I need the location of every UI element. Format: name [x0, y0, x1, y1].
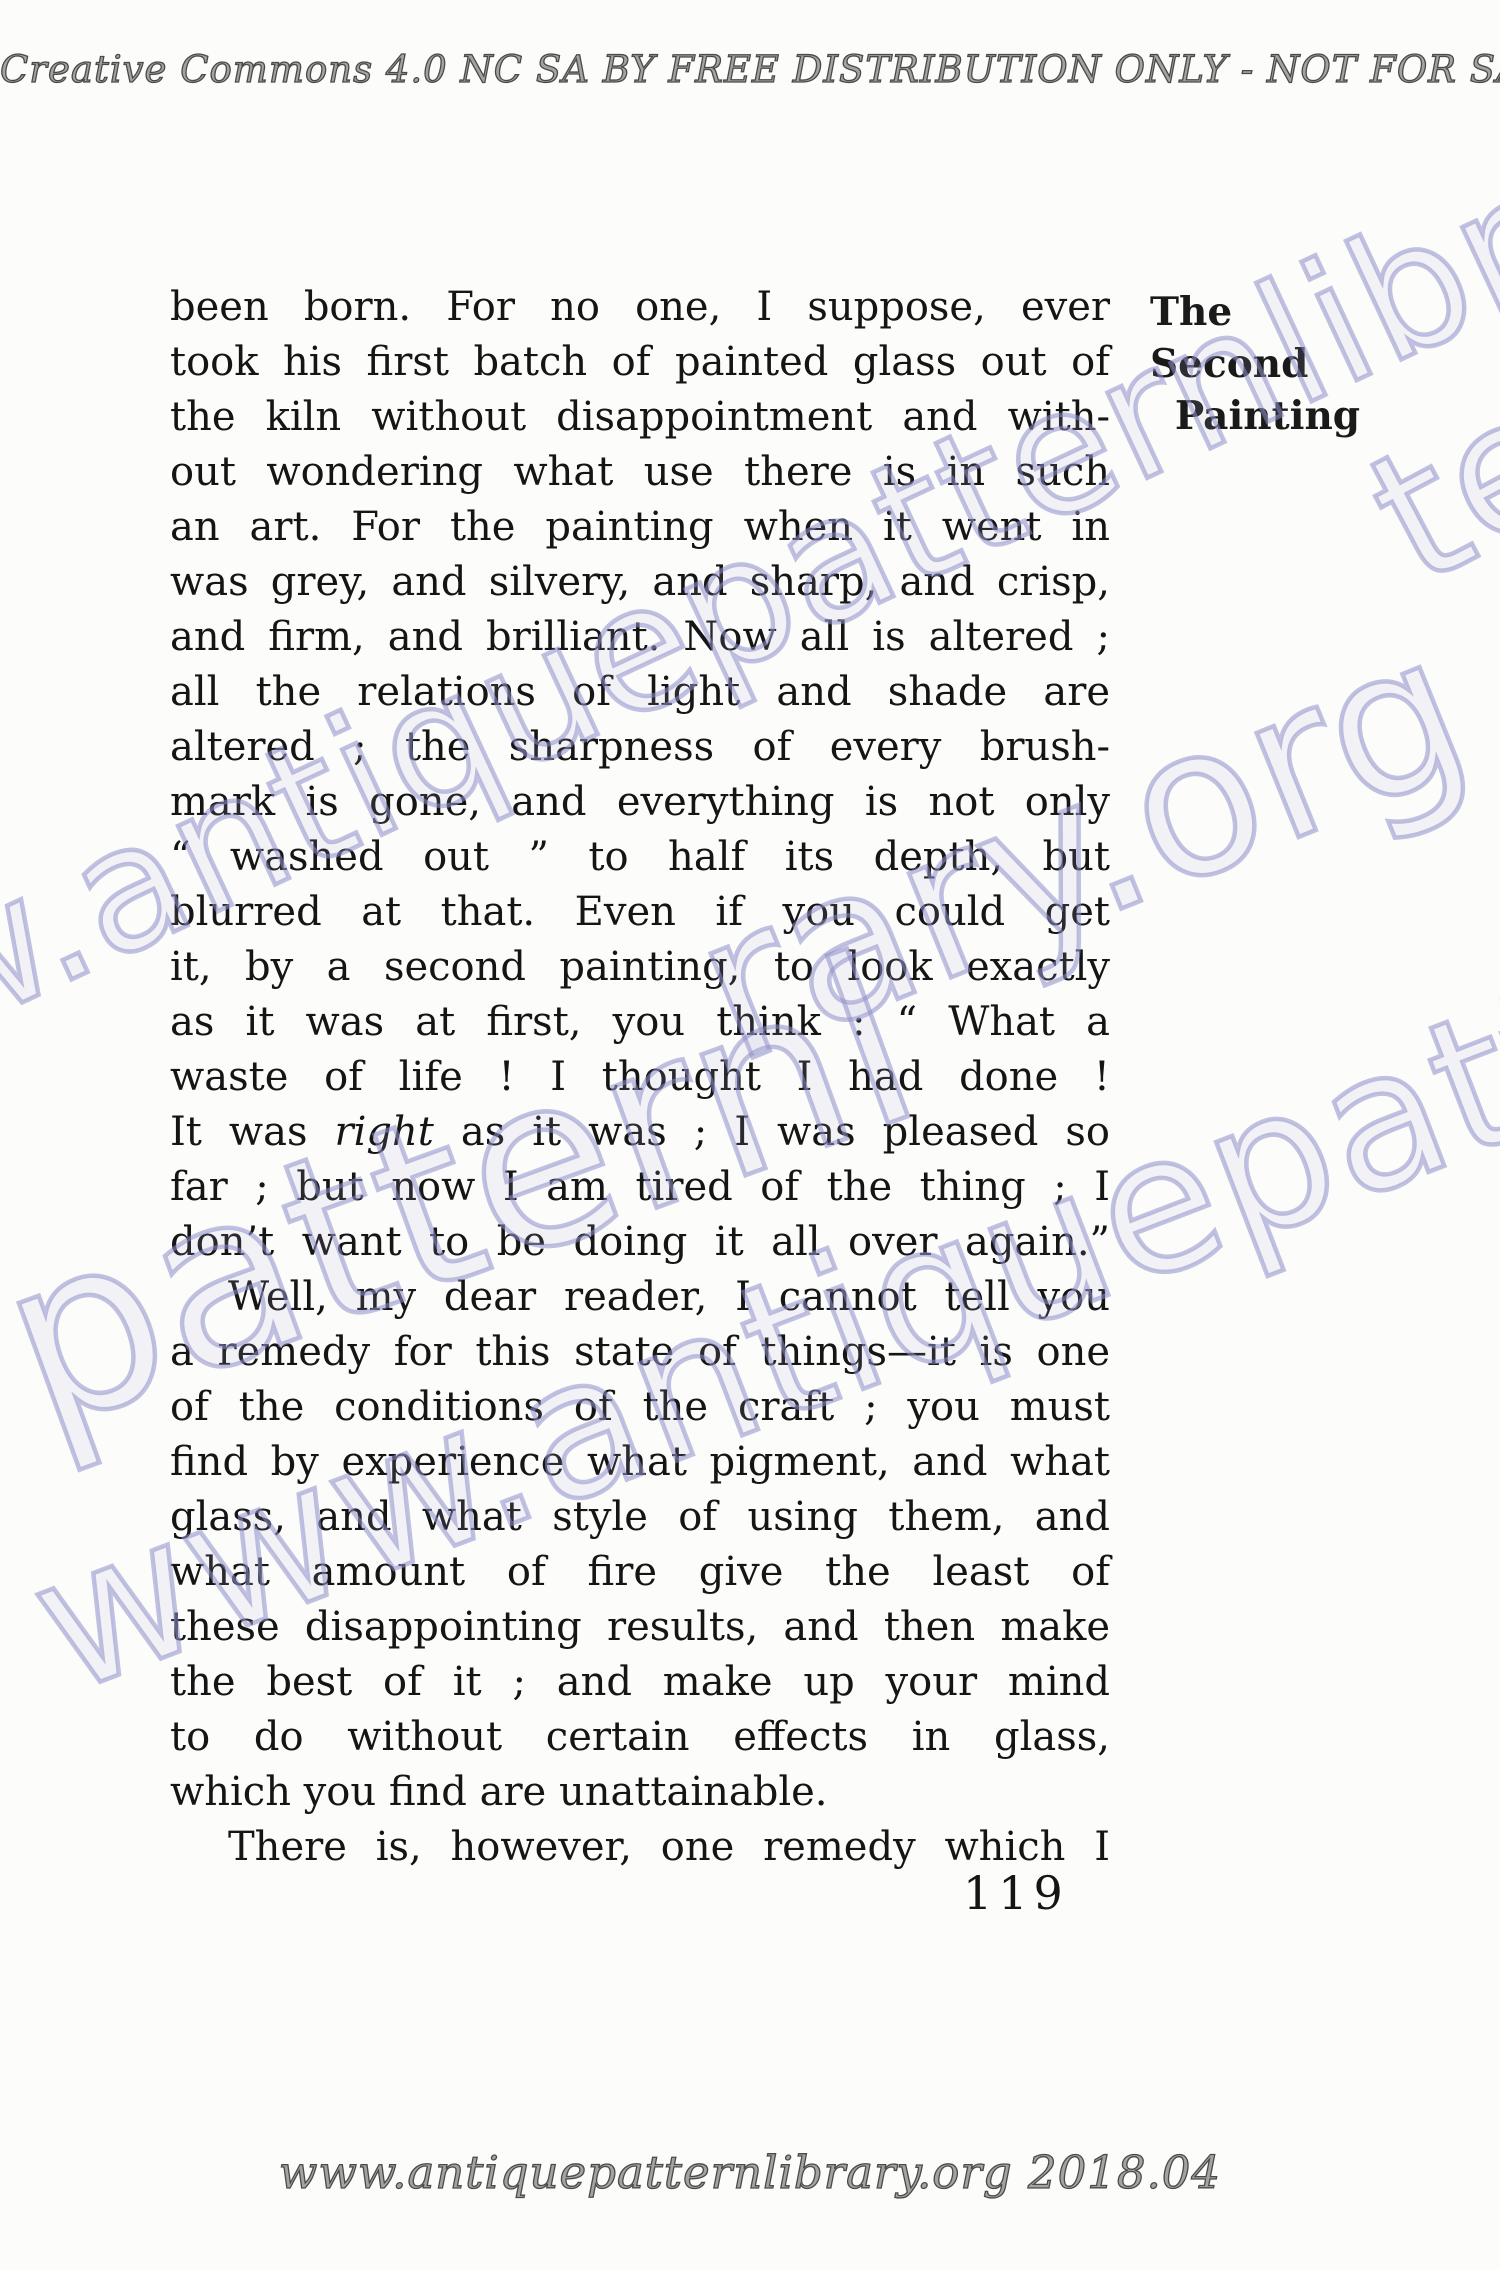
body-line: of the conditions of the craft ; you mus… — [170, 1380, 1110, 1435]
body-line: mark is gone, and everything is not only — [170, 775, 1110, 830]
body-line: altered ; the sharpness of every brush- — [170, 720, 1110, 775]
page-number: 119 — [963, 1866, 1069, 1920]
body-line: Well, my dear reader, I cannot tell you — [170, 1270, 1110, 1325]
body-line: it, by a second painting, to look exactl… — [170, 940, 1110, 995]
body-line: the best of it ; and make up your mind — [170, 1655, 1110, 1710]
body-line: was grey, and silvery, and sharp, and cr… — [170, 555, 1110, 610]
margin-note: The Second Painting — [1150, 286, 1385, 442]
body-text: been born. For no one, I suppose, everto… — [170, 280, 1110, 1875]
body-line: the kiln without disappointment and with… — [170, 390, 1110, 445]
body-line: glass, and what style of using them, and — [170, 1490, 1110, 1545]
body-line: took his first batch of painted glass ou… — [170, 335, 1110, 390]
book-page: Creative Commons 4.0 NC SA BY FREE DISTR… — [0, 0, 1500, 2270]
body-line: far ; but now I am tired of the thing ; … — [170, 1160, 1110, 1215]
body-line: to do without certain effects in glass, — [170, 1710, 1110, 1765]
body-line: and firm, and brilliant. Now all is alte… — [170, 610, 1110, 665]
body-line: out wondering what use there is in such — [170, 445, 1110, 500]
body-line: “ washed out ” to half its depth, but — [170, 830, 1110, 885]
body-line: a remedy for this state of things—it is … — [170, 1325, 1110, 1380]
body-line: blurred at that. Even if you could get — [170, 885, 1110, 940]
license-header: Creative Commons 4.0 NC SA BY FREE DISTR… — [0, 48, 1500, 91]
body-line: an art. For the painting when it went in — [170, 500, 1110, 555]
body-line: It was right as it was ; I was pleased s… — [170, 1105, 1110, 1160]
body-line: all the relations of light and shade are — [170, 665, 1110, 720]
body-line: what amount of fire give the least of — [170, 1545, 1110, 1600]
body-line: don’t want to be doing it all over again… — [170, 1215, 1110, 1270]
footer-credit: www.antiquepatternlibrary.org 2018.04 — [0, 2146, 1500, 2199]
body-line: which you find are unattainable. — [170, 1765, 1110, 1820]
body-line: these disappointing results, and then ma… — [170, 1600, 1110, 1655]
margin-note-line2: Painting — [1150, 390, 1385, 442]
margin-note-line1: The Second — [1150, 286, 1385, 390]
body-line: find by experience what pigment, and wha… — [170, 1435, 1110, 1490]
body-line: been born. For no one, I suppose, ever — [170, 280, 1110, 335]
body-line: as it was at first, you think : “ What a — [170, 995, 1110, 1050]
body-line: waste of life ! I thought I had done ! — [170, 1050, 1110, 1105]
